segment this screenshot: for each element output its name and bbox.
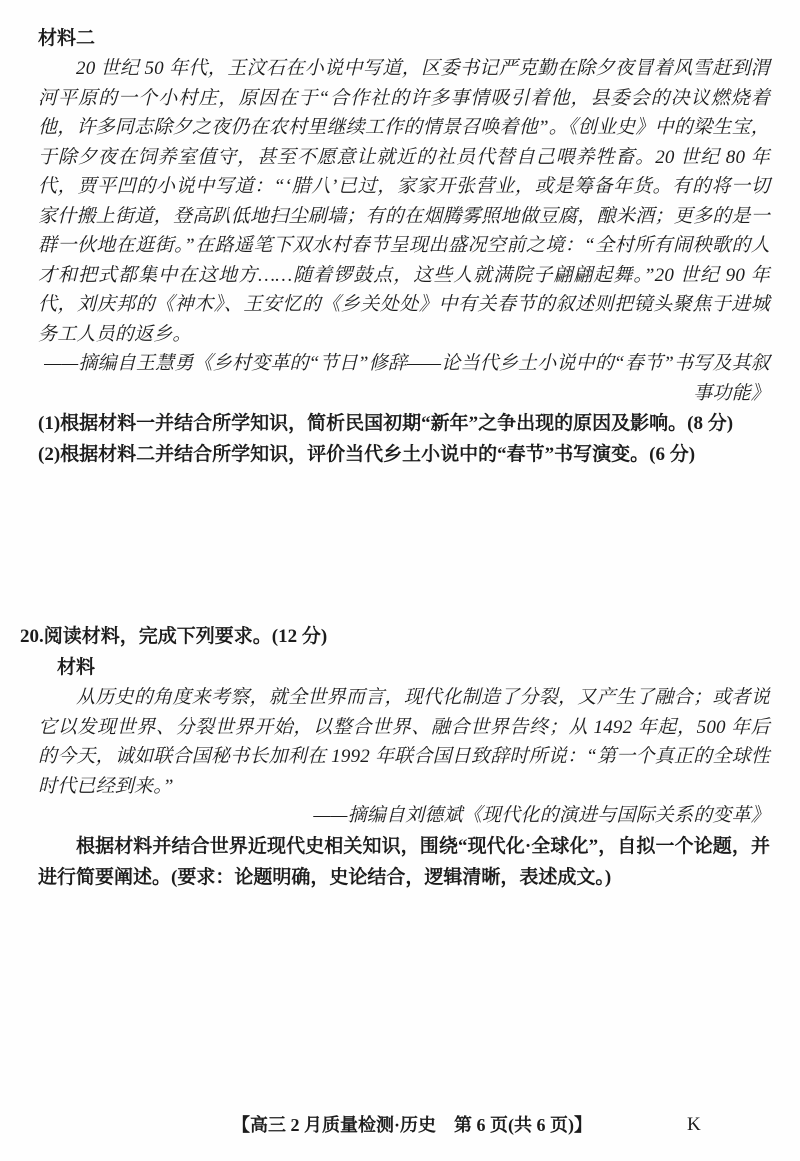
section-question-20: 20.阅读材料，完成下列要求。(12 分) 材料 从历史的角度来考察，就全世界而…	[20, 622, 770, 893]
question-19-part-1: (1)根据材料一并结合所学知识，简析民国初期“新年”之争出现的原因及影响。(8 …	[38, 408, 770, 439]
footer-page-info: 【高三 2 月质量检测·历史 第 6 页(共 6 页)】	[232, 1112, 592, 1138]
exam-page: 材料二 20 世纪 50 年代，王汶石在小说中写道，区委书记严克勤在除夕夜冒着风…	[0, 0, 800, 1161]
material-attribution: ——摘编自刘德斌《现代化的演进与国际关系的变革》	[38, 801, 770, 831]
material-heading: 材料	[38, 653, 770, 683]
section-question-19-material-2: 材料二 20 世纪 50 年代，王汶石在小说中写道，区委书记严克勤在除夕夜冒着风…	[38, 24, 770, 470]
question-19-part-2: (2)根据材料二并结合所学知识，评价当代乡土小说中的“春节”书写演变。(6 分)	[38, 439, 770, 470]
question-20-body: 材料 从历史的角度来考察，就全世界而言，现代化制造了分裂，又产生了融合；或者说它…	[38, 653, 770, 893]
material-2-heading: 材料二	[38, 24, 770, 54]
material-2-paragraph: 20 世纪 50 年代，王汶石在小说中写道，区委书记严克勤在除夕夜冒着风雪赶到渭…	[38, 54, 770, 349]
page-footer: 【高三 2 月质量检测·历史 第 6 页(共 6 页)】 K	[0, 1112, 800, 1142]
material-paragraph: 从历史的角度来考察，就全世界而言，现代化制造了分裂，又产生了融合；或者说它以发现…	[38, 683, 770, 801]
question-20-stem: 20.阅读材料，完成下列要求。(12 分)	[20, 622, 770, 652]
material-2-attribution: ——摘编自王慧勇《乡村变革的“节日”修辞——论当代乡土小说中的“春节”书写及其叙…	[38, 349, 770, 408]
footer-version-letter: K	[687, 1112, 701, 1138]
question-20-task: 根据材料并结合世界近现代史相关知识，围绕“现代化·全球化”，自拟一个论题，并进行…	[38, 831, 770, 893]
